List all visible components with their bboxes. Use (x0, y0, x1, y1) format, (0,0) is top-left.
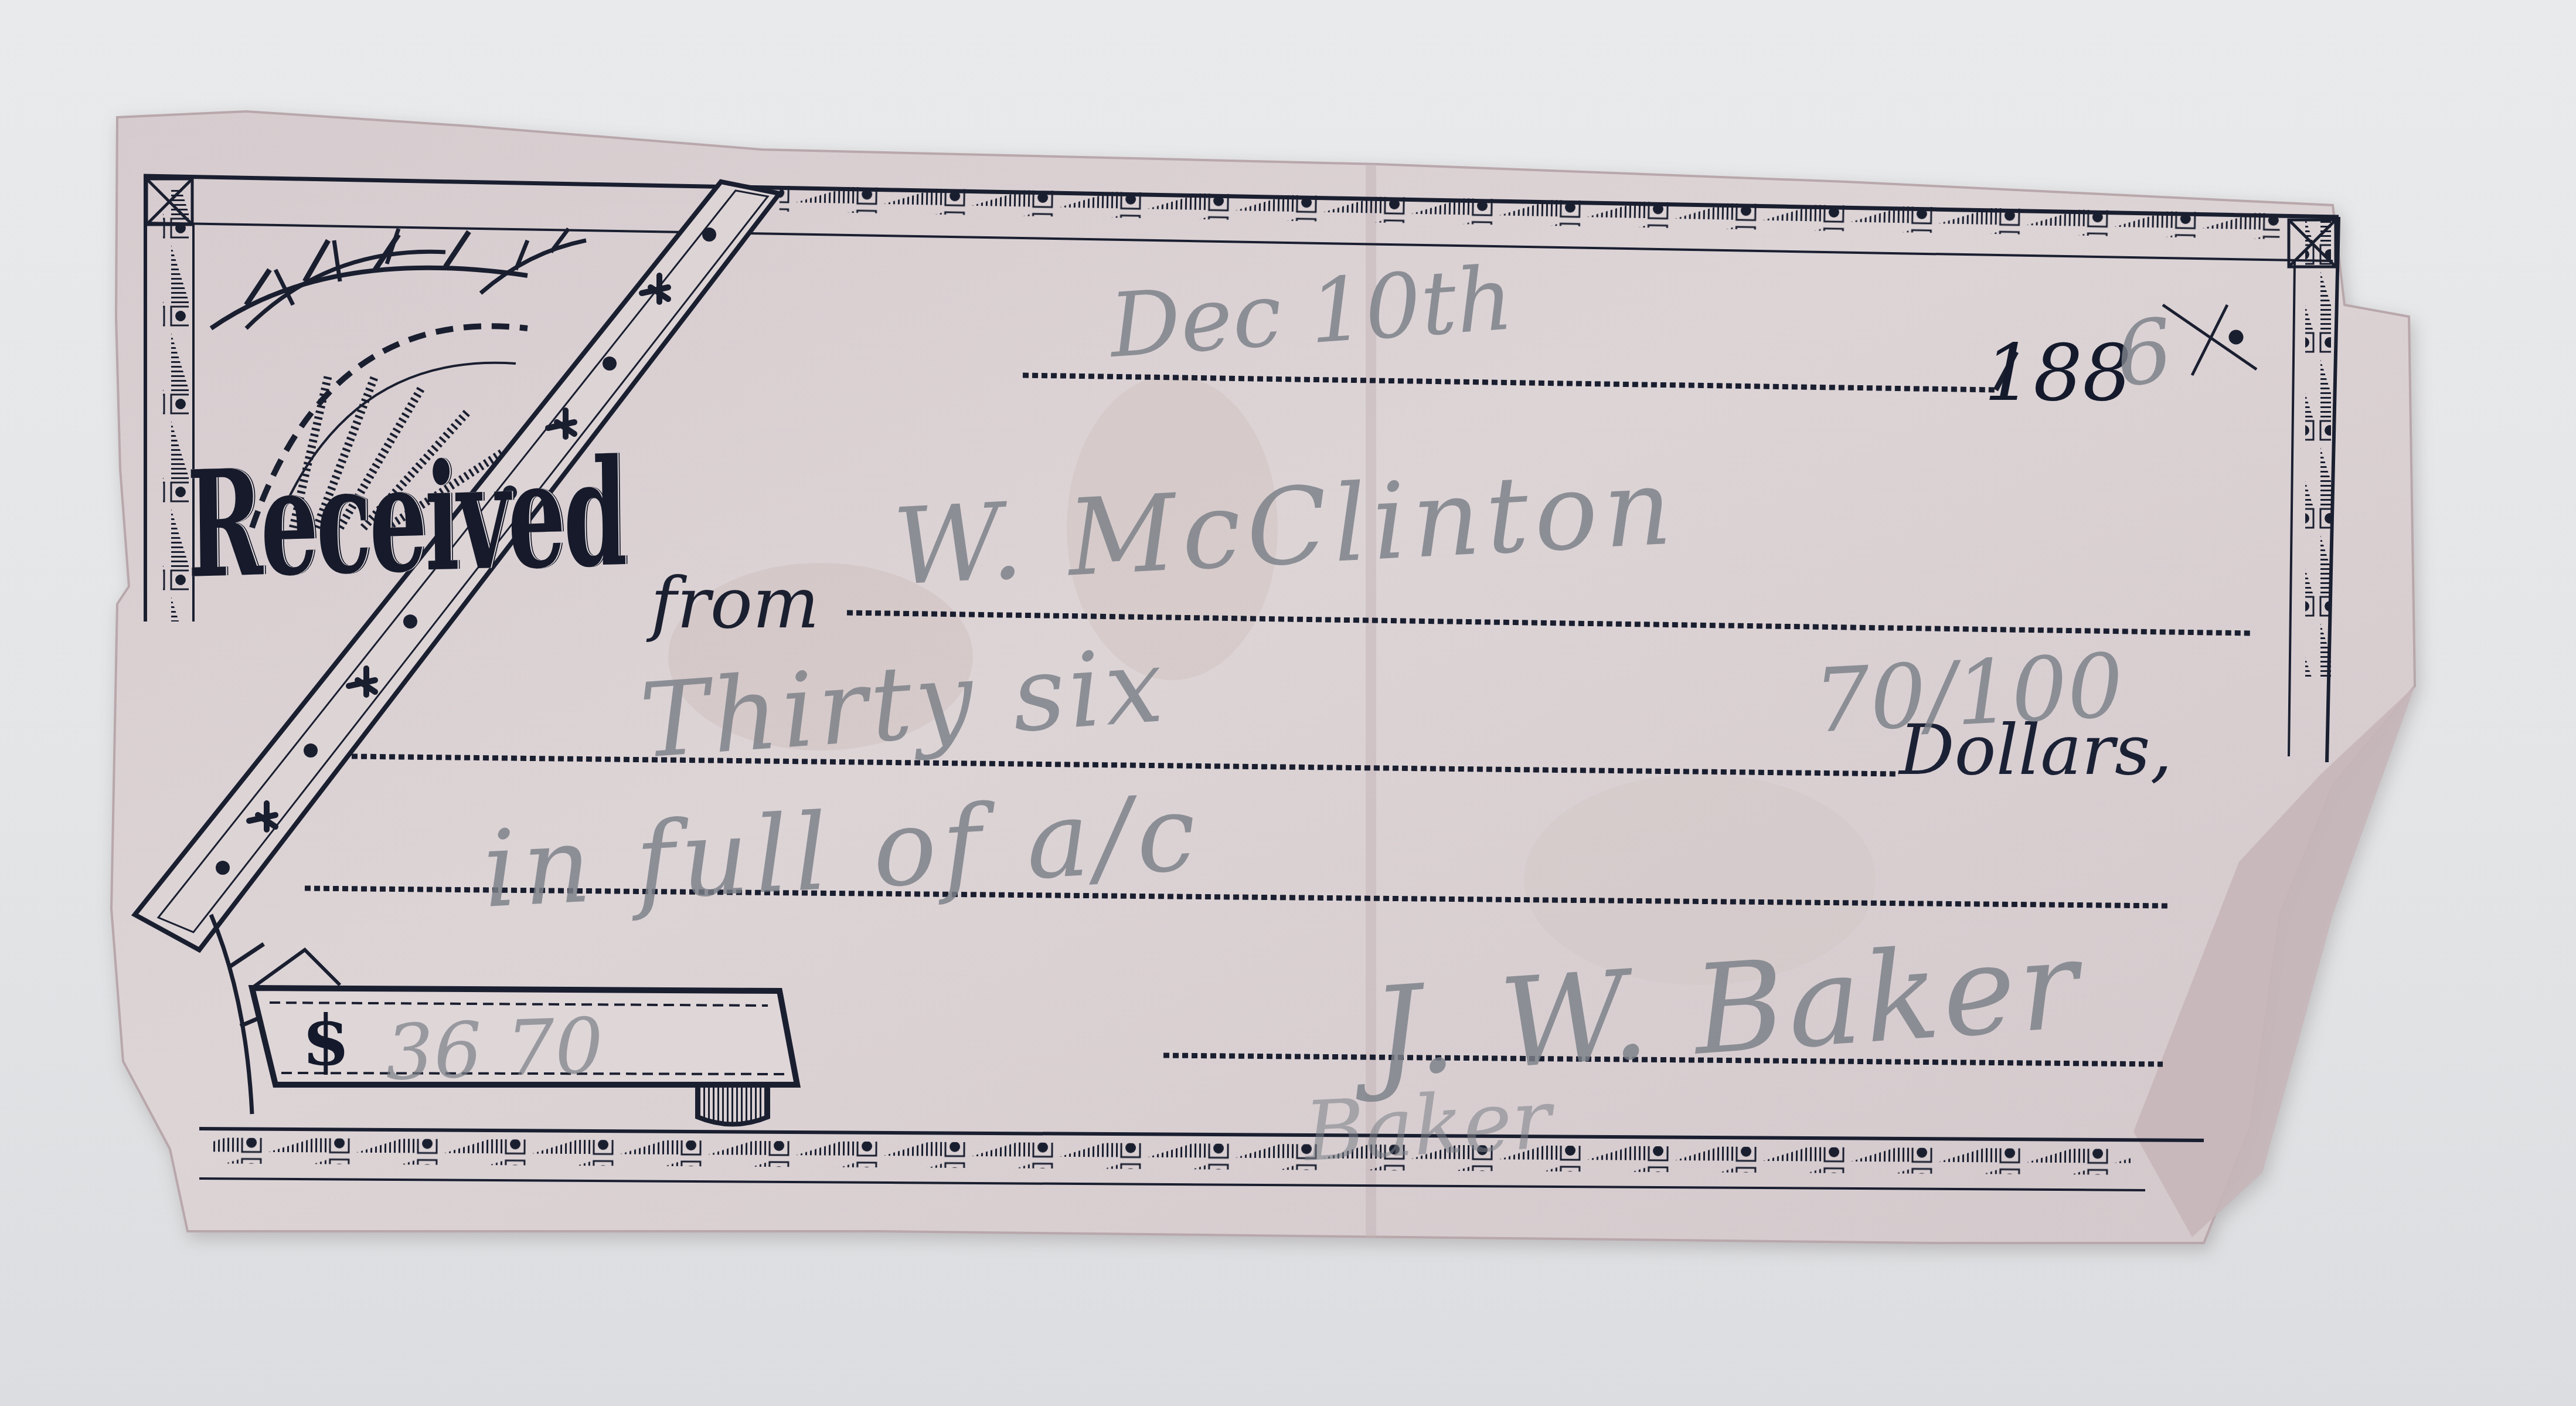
handwritten-amount-figures: 36 70 (384, 1001, 605, 1098)
handwritten-amount-cents: 70/100 (1812, 635, 2126, 753)
dollar-sign: $ (302, 1000, 350, 1081)
handwritten-year-suffix: 6 (2111, 300, 2177, 407)
photo-stage: Received from 188 Dollars, $ Dec 10th 6 … (0, 0, 2576, 1406)
handwritten-signature-second-line: Baker (1302, 1072, 1553, 1180)
year-prefix: 188 (1984, 328, 2132, 419)
fan-and-sash-icon (135, 176, 780, 950)
